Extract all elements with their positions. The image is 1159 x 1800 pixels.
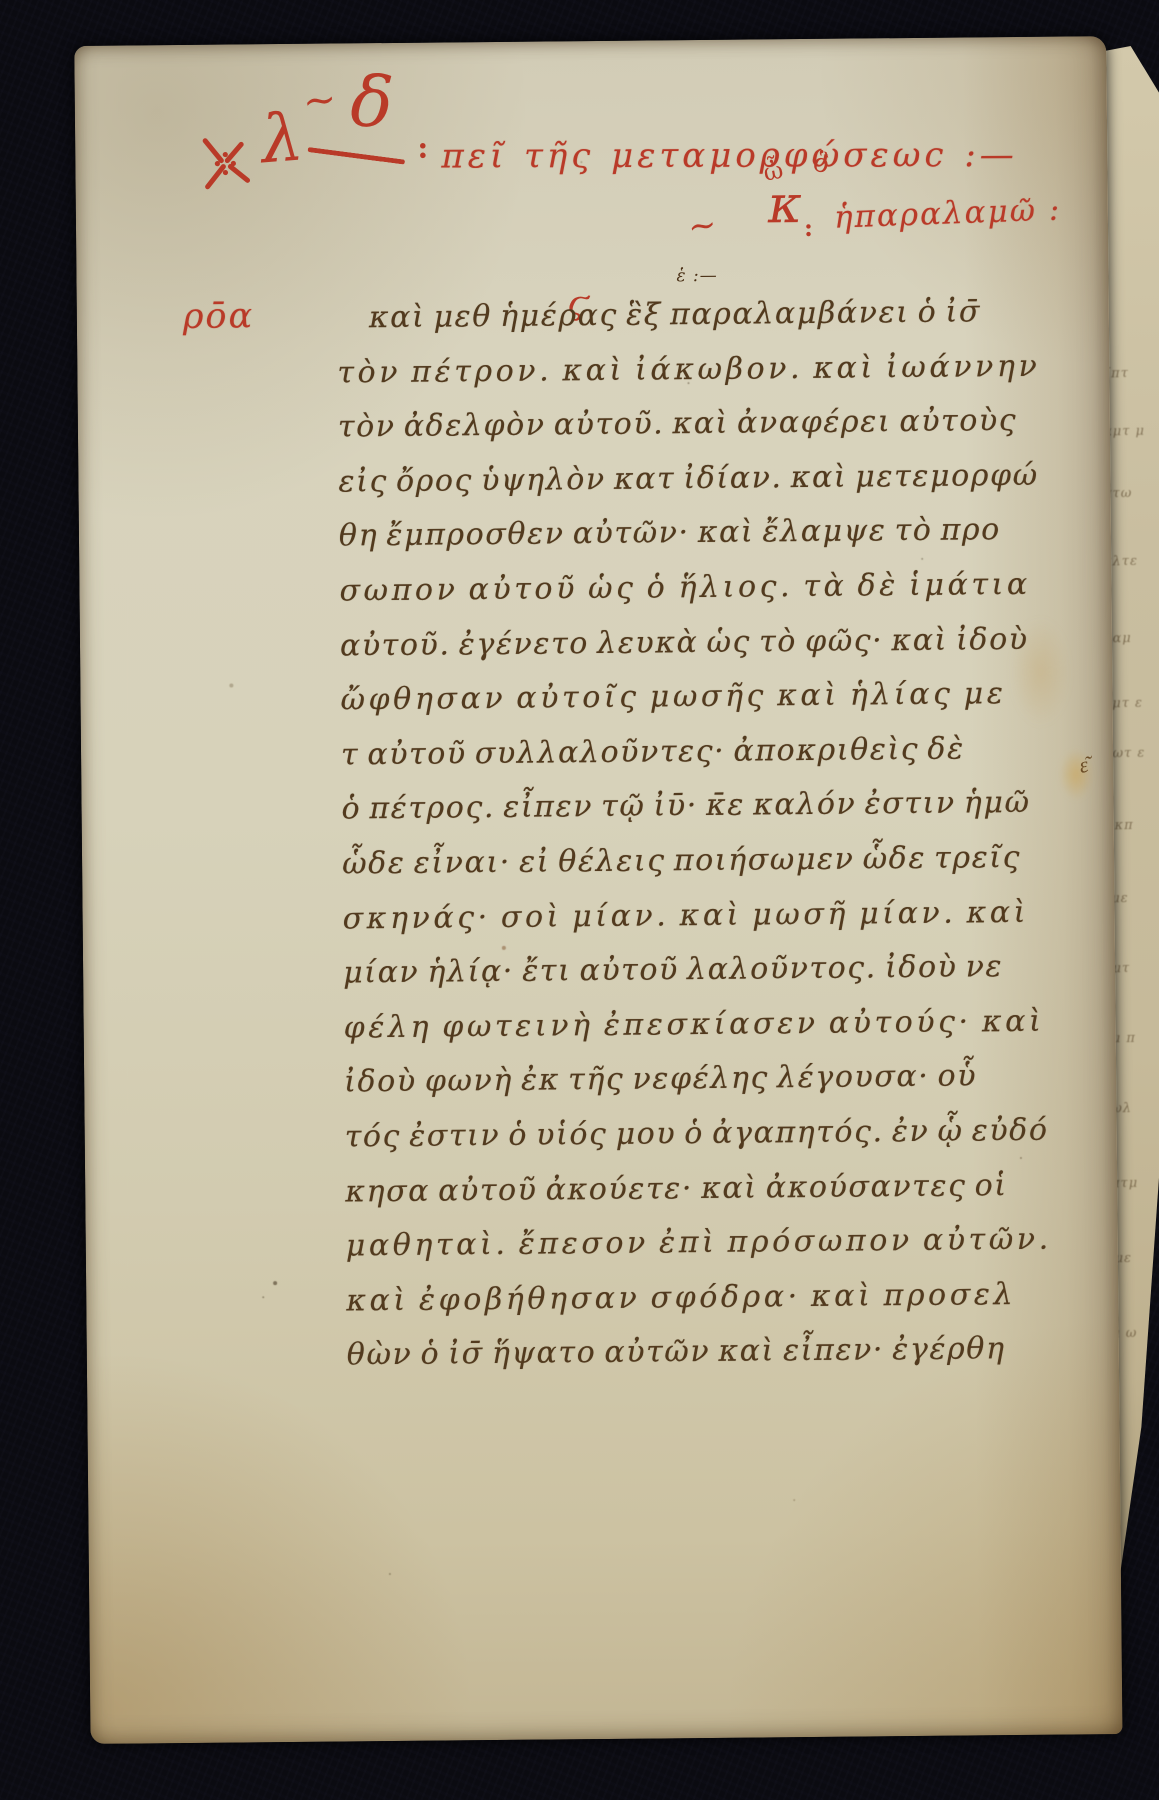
manuscript-line: ὤφθησαν αὐτοῖς μωσῆς καὶ ἡλίας με [340,666,1115,728]
chapter-numeral: δ [349,66,395,138]
manuscript-line: μαθηταὶ. ἔπεσον ἐπὶ πρόσωπον αὐτῶν. [346,1212,1121,1274]
manuscript-line: καὶ ἐφοβήθησαν σφόδρα· καὶ προσελ [346,1267,1121,1329]
manuscript-line: μίαν ἡλίᾳ· ἔτι αὐτοῦ λαλοῦντος. ἰδοὺ νε [343,939,1118,1001]
manuscript-line: τὸν πέτρον. καὶ ἰάκωβον. καὶ ἰωάννην [337,339,1112,401]
chapter-colon: : [417,131,428,166]
manuscript-line: ὧδε εἶναι· εἰ θέλεις ποιήσωμεν ὧδε τρεῖς [342,830,1117,892]
chapter-numeral-flourish [307,147,405,165]
interlinear-mark: ἑ :— [676,266,717,286]
chapter-letter-tilde: ∼ [300,76,339,126]
chapter-letter: λ [259,105,302,174]
text-block: καὶ μεθ ἡμέρας ἓξ παραλαμβάνει ὁ ἰσ̄ τὸν… [337,284,1122,1383]
manuscript-line: εἰς ὄρος ὑψηλὸν κατ ἰδίαν. καὶ μετεμορφώ [338,448,1113,510]
lection-kappa-abbreviation: κ [768,179,803,231]
manuscript-line: κησα αὐτοῦ ἀκούετε· καὶ ἀκούσαντες οἱ [345,1158,1120,1220]
folio-number: ρο̄α [183,296,255,337]
rubric-cross-ornament-icon [197,130,256,199]
lection-incipit: ἡπαραλαμῶ : [833,192,1062,236]
manuscript-line: θὼν ὁ ἰσ̄ ἥψατο αὐτῶν καὶ εἶπεν· ἐγέρθη [347,1321,1122,1383]
manuscript-line: αὐτοῦ. ἐγένετο λευκὰ ὡς τὸ φῶς· καὶ ἰδοὺ [340,612,1115,674]
manuscript-page: λ ∼ δ : πεῖ τῆς μεταμορφώσεωϲ :— ∼ ὦ ὃ κ… [74,36,1122,1744]
rubric-title: πεῖ τῆς μεταμορφώσεωϲ :— [441,135,1018,177]
lection-colon: : [804,213,813,242]
manuscript-line: τός ἐστιν ὁ υἱός μου ὁ ἀγαπητός. ἐν ᾧ εὐ… [344,1103,1119,1165]
manuscript-line: σωπον αὐτοῦ ὡς ὁ ἥλιος. τὰ δὲ ἱμάτια [339,557,1114,619]
manuscript-line: τὸν ἀδελφὸν αὐτοῦ. καὶ ἀναφέρει αὐτοὺς [338,393,1113,455]
manuscript-line: τ αὐτοῦ συλλαλοῦντες· ἀποκριθεὶς δὲ [341,721,1116,783]
lection-tilde: ∼ [685,204,719,248]
manuscript-line: ἰδοὺ φωνὴ ἐκ τῆς νεφέλης λέγουσα· οὗ [344,1048,1119,1110]
manuscript-line: φέλη φωτεινὴ ἐπεσκίασεν αὐτούς· καὶ [343,994,1118,1056]
manuscript-line: θη ἔμπροσθεν αὐτῶν· καὶ ἔλαμψε τὸ προ [339,502,1114,564]
manuscript-line: καὶ μεθ ἡμέρας ἓξ παραλαμβάνει ὁ ἰσ̄ [337,284,1112,346]
manuscript-line: σκηνάς· σοὶ μίαν. καὶ μωσῆ μίαν. καὶ [342,885,1117,947]
parchment-speckles [74,46,76,48]
manuscript-line: ὁ πέτρος. εἶπεν τῷ ἰῡ· κ̄ε καλόν ἐστιν ἡ… [341,775,1116,837]
